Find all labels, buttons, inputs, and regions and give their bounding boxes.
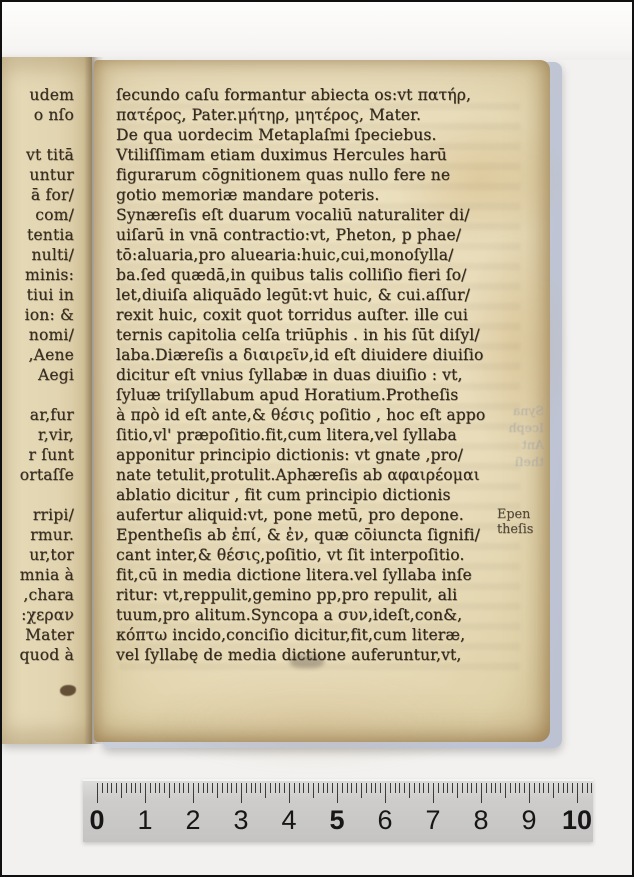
ruler-tick — [270, 783, 271, 793]
text-line — [19, 125, 74, 145]
ruler-tick — [318, 783, 319, 793]
ruler-tick — [111, 783, 112, 793]
ruler-tick — [390, 783, 391, 793]
ruler-tick — [423, 783, 424, 793]
text-line: rexit huic, coxit quot torridus auſter. … — [116, 305, 516, 325]
text-line: à πρὸ id eſt ante,& θέσις poſitio , hoc … — [116, 405, 516, 425]
ruler-tick — [107, 783, 108, 793]
ruler-tick — [543, 783, 544, 793]
ruler-number: 1 — [137, 805, 152, 836]
paper-stain — [154, 670, 474, 770]
ruler-tick — [476, 783, 477, 793]
ruler-tick — [495, 783, 496, 793]
text-line: o nſo — [19, 105, 74, 125]
ruler-tick — [371, 783, 372, 793]
text-line: vt titā — [19, 145, 74, 165]
ruler-tick — [303, 783, 304, 793]
ruler-tick — [203, 783, 204, 793]
ruler-tick — [462, 783, 463, 793]
ruler-tick — [351, 783, 352, 793]
ruler-tick — [308, 783, 309, 793]
backing-paper — [2, 2, 632, 60]
text-line: ſecundo caſu formantur abiecta os:vt πατ… — [116, 85, 516, 105]
ruler-tick — [447, 783, 448, 793]
margin-note: Epentheſis — [497, 507, 549, 537]
text-line: tō:aluaria,pro aluearia:huic,cui,monoſyl… — [116, 245, 516, 265]
ruler-number: 10 — [562, 805, 592, 836]
ruler-tick — [524, 783, 525, 793]
text-line: laba.Diæreſis a διαιρεῖν,id eſt diuidere… — [116, 345, 516, 365]
ruler-tick — [491, 783, 492, 793]
ruler-number: 9 — [521, 805, 536, 836]
ruler-tick — [567, 783, 568, 793]
text-line: nomi/ — [19, 325, 74, 345]
ruler-tick — [279, 783, 280, 793]
text-line: minis: — [19, 265, 74, 285]
text-line: Epentheſis ab ἐπί, & ἐν, quæ cōiuncta ſi… — [116, 525, 516, 545]
text-line: mnia à — [19, 565, 74, 585]
ruler-tick — [591, 783, 592, 793]
ruler-tick — [361, 783, 362, 798]
ruler-tick — [519, 783, 520, 793]
text-line: untur — [19, 165, 74, 185]
text-line: gotio memoriæ mandare poteris. — [116, 185, 516, 205]
text-line: ſyluæ triſyllabum apud Horatium.Protheſi… — [116, 385, 516, 405]
text-line: apponitur principio dictionis: vt gnate … — [116, 445, 516, 465]
ruler-number: 6 — [377, 805, 392, 836]
text-line: ar,fur — [19, 405, 74, 425]
ruler-tick — [241, 783, 242, 803]
ruler-tick — [179, 783, 180, 793]
ruler-tick — [246, 783, 247, 793]
text-line: r,vir, — [19, 425, 74, 445]
ruler-tick — [284, 783, 285, 793]
ruler-tick — [452, 783, 453, 793]
ruler-tick — [207, 783, 208, 793]
ruler-tick — [443, 783, 444, 793]
ruler-tick — [102, 783, 103, 793]
ruler-tick — [399, 783, 400, 793]
text-line: πατέρος, Pater.μήτηρ, μητέρος, Mater. — [116, 105, 516, 125]
ruler-tick — [299, 783, 300, 793]
text-line: Epen — [497, 507, 549, 522]
ruler-number: 3 — [233, 805, 248, 836]
ruler-number: 0 — [89, 805, 104, 836]
text-line: theſis — [497, 522, 549, 537]
text-line: ba.ſed quædā,in quibus talis colliſio fi… — [116, 265, 516, 285]
ruler-tick — [337, 783, 338, 803]
ruler-tick — [140, 783, 141, 793]
ruler-tick — [174, 783, 175, 793]
ruler-tick — [534, 783, 535, 793]
ruler-tick — [486, 783, 487, 793]
text-line: ā for/ — [19, 185, 74, 205]
ruler-tick — [231, 783, 232, 793]
text-line: vel ſyllabę de media dictione auferuntur… — [116, 645, 516, 665]
ruler-tick — [198, 783, 199, 793]
text-line: quod à — [19, 645, 74, 665]
ruler-number: 2 — [185, 805, 200, 836]
ruler-tick — [164, 783, 165, 793]
text-line: r ſunt — [19, 445, 74, 465]
ruler-tick — [265, 783, 266, 798]
ruler-tick — [236, 783, 237, 793]
ruler-number: 8 — [473, 805, 488, 836]
ruler-tick — [159, 783, 160, 793]
ruler-number: 7 — [425, 805, 440, 836]
ruler-tick — [385, 783, 386, 803]
text-line: Mater — [19, 625, 74, 645]
ruler-tick — [275, 783, 276, 793]
ruler-tick — [505, 783, 506, 798]
text-line: theſi — [492, 453, 544, 470]
ruler-tick — [255, 783, 256, 793]
text-line: ortaſſe — [19, 465, 74, 485]
ruler-tick — [155, 783, 156, 793]
text-line: dicitur eſt vnius ſyllabæ in duas diuiſi… — [116, 365, 516, 385]
ruler-tick — [260, 783, 261, 793]
text-line: ritur: vt,reppulit,gemino pp,pro repulit… — [116, 585, 516, 605]
main-text-block: ſecundo caſu formantur abiecta os:vt πατ… — [116, 85, 516, 665]
ruler-tick — [212, 783, 213, 793]
text-line: nulti/ — [19, 245, 74, 265]
ruler-tick — [419, 783, 420, 793]
ruler-tick — [582, 783, 583, 793]
ruler-tick — [145, 783, 146, 803]
ruler-tick — [375, 783, 376, 793]
ink-stain — [60, 685, 76, 696]
ruler-tick — [342, 783, 343, 793]
text-line: ,Aene — [19, 345, 74, 365]
ruler-tick — [323, 783, 324, 793]
text-line: rmur. — [19, 525, 74, 545]
ruler-tick — [553, 783, 554, 798]
ruler-tick — [332, 783, 333, 793]
margin-show-through: SynaIcephAnttheſi — [492, 402, 544, 470]
text-line: com/ — [19, 205, 74, 225]
text-line: :χεραν — [19, 605, 74, 625]
ruler-tick — [222, 783, 223, 793]
text-line — [19, 485, 74, 505]
ruler-tick — [404, 783, 405, 793]
text-line: cant inter,& θέσις,poſitio, vt ſit inter… — [116, 545, 516, 565]
ruler-tick — [563, 783, 564, 793]
ruler-tick — [515, 783, 516, 793]
ruler-tick — [294, 783, 295, 793]
ruler-tick — [366, 783, 367, 793]
ruler: 012345678910 — [83, 779, 593, 842]
ruler-number: 4 — [281, 805, 296, 836]
ruler-tick — [188, 783, 189, 793]
text-line: udem — [19, 85, 74, 105]
ruler-tick — [193, 783, 194, 803]
text-line: Syna — [492, 402, 544, 419]
ruler-tick — [433, 783, 434, 803]
ruler-tick — [121, 783, 122, 798]
text-line: aufertur aliquid:vt, pone metū, pro depo… — [116, 505, 516, 525]
text-line: ion: & — [19, 305, 74, 325]
ruler-tick — [577, 783, 578, 803]
ruler-tick — [428, 783, 429, 793]
text-line: ,chara — [19, 585, 74, 605]
ruler-tick — [217, 783, 218, 798]
text-line: tuum,pro alitum.Syncopa a συν,ideſt,con&… — [116, 605, 516, 625]
text-line: tentia — [19, 225, 74, 245]
ruler-tick — [347, 783, 348, 793]
text-line: Ant — [492, 436, 544, 453]
text-line: ternis capitolia celſa triūphis . in his… — [116, 325, 516, 345]
ruler-tick — [289, 783, 290, 803]
ruler-tick — [500, 783, 501, 793]
ruler-tick — [409, 783, 410, 798]
ruler-tick — [471, 783, 472, 793]
ruler-tick — [183, 783, 184, 793]
text-line: ur,tor — [19, 545, 74, 565]
ruler-number: 5 — [329, 805, 344, 836]
ruler-tick — [313, 783, 314, 798]
ruler-tick — [395, 783, 396, 793]
ruler-tick — [481, 783, 482, 803]
ruler-tick — [539, 783, 540, 793]
ruler-tick — [169, 783, 170, 798]
text-line: Iceph — [492, 419, 544, 436]
ruler-tick — [150, 783, 151, 793]
ruler-tick — [126, 783, 127, 793]
text-line: κόπτω incido,conciſio dicitur,fit,cum li… — [116, 625, 516, 645]
ruler-tick — [438, 783, 439, 793]
text-line: figurarum cōgnitionem quas nullo fere ne — [116, 165, 516, 185]
text-line: tiui in — [19, 285, 74, 305]
ruler-numbers: 012345678910 — [83, 805, 593, 837]
ruler-tick — [572, 783, 573, 793]
text-line: rripi/ — [19, 505, 74, 525]
ruler-tick — [414, 783, 415, 793]
text-line: Synæreſis eſt duarum vocaliū naturaliter… — [116, 205, 516, 225]
ruler-tick — [97, 783, 98, 803]
text-line: let,diuiſa aliquādo legūt:vt huic, & cui… — [116, 285, 516, 305]
ruler-tick — [251, 783, 252, 793]
ruler-tick — [131, 783, 132, 793]
ruler-tick — [587, 783, 588, 793]
ruler-tick — [510, 783, 511, 793]
text-line: fit,cū in media dictione litera.vel ſyll… — [116, 565, 516, 585]
ruler-tick — [380, 783, 381, 793]
ruler-tick — [529, 783, 530, 803]
ruler-tick — [327, 783, 328, 793]
text-line: ablatio dicitur , fit cum principio dict… — [116, 485, 516, 505]
text-line: uiſarū in vnā contractio:vt, Pheton, p p… — [116, 225, 516, 245]
photo-frame: udemo nſo vt titāunturā for/com/tentianu… — [0, 0, 634, 877]
ruler-tick — [558, 783, 559, 793]
text-line: Aegi — [19, 365, 74, 385]
text-line: Vtiliſſimam etiam duximus Hercules harū — [116, 145, 516, 165]
right-page: ſecundo caſu formantur abiecta os:vt πατ… — [94, 60, 550, 742]
ruler-tick — [457, 783, 458, 798]
text-line — [19, 385, 74, 405]
ruler-tick — [356, 783, 357, 793]
text-line: ſitio,vl' præpoſitio.fit,cum litera,vel … — [116, 425, 516, 445]
ruler-tick — [116, 783, 117, 793]
ruler-tick — [227, 783, 228, 793]
left-page-text: udemo nſo vt titāunturā for/com/tentianu… — [19, 85, 74, 665]
text-line: nate tetulit,protulit.Aphæreſis ab αφαιρ… — [116, 465, 516, 485]
left-page: udemo nſo vt titāunturā for/com/tentianu… — [2, 57, 92, 744]
ruler-tick — [135, 783, 136, 793]
ruler-tick — [467, 783, 468, 793]
ruler-tick — [548, 783, 549, 793]
text-line: De qua uordecim Metaplaſmi ſpeciebus. — [116, 125, 516, 145]
